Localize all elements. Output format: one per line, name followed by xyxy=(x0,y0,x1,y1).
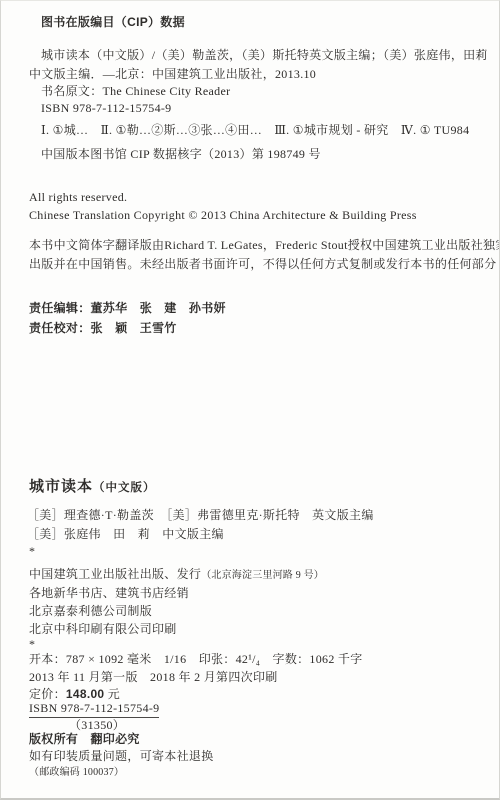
cip-record-number: 中国版本图书馆 CIP 数据核字（2013）第 198749 号 xyxy=(41,147,321,162)
postcode-line: （邮政编码 100037） xyxy=(29,765,124,780)
isbn-number: ISBN 978-7-112-15754-9 xyxy=(29,701,159,718)
distribution-line: 各地新华书店、建筑书店经销 xyxy=(29,586,189,601)
copyright-notice: 版权所有 翻印必究 xyxy=(29,732,140,747)
cip-classification: Ⅰ. ①城… Ⅱ. ①勒…②斯…③张…④田… Ⅲ. ①城市规划 - 研究 Ⅳ. … xyxy=(41,123,469,138)
edition-line: 2013 年 11 月第一版 2018 年 2 月第四次印刷 xyxy=(29,670,278,685)
book-title-sub: （中文版） xyxy=(93,482,156,494)
price-line: 定价：148.00 元 xyxy=(29,687,120,702)
cip-header: 图书在版编目（CIP）数据 xyxy=(41,15,185,30)
cip-isbn: ISBN 978-7-112-15754-9 xyxy=(41,101,171,116)
license-line-2: 出版并在中国销售。未经出版者书面许可，不得以任何方式复制或发行本书的任何部分 xyxy=(29,257,496,272)
rights-line-en-2: Chinese Translation Copyright © 2013 Chi… xyxy=(29,208,417,223)
chinese-editors-line: ［美］张庭伟 田 莉 中文版主编 xyxy=(27,527,224,542)
book-title-main: 城市读本 xyxy=(29,478,93,495)
proofreaders-line: 责任校对：张 颖 王雪竹 xyxy=(29,321,177,336)
cip-entry-line1: 城市读本（中文版）/（美）勒盖茨，（美）斯托特英文版主编；（美）张庭伟，田莉 xyxy=(41,48,488,63)
price-label: 定价： xyxy=(29,687,66,701)
isbn-line: ISBN 978-7-112-15754-9 xyxy=(29,701,159,716)
separator-star-1: * xyxy=(29,544,35,559)
publisher-name: 中国建筑工业出版社出版、发行 xyxy=(29,567,201,581)
price-unit: 元 xyxy=(104,687,120,701)
editors-line: 责任编辑：董苏华 张 建 孙书妍 xyxy=(29,301,226,316)
publisher-line: 中国建筑工业出版社出版、发行（北京海淀三里河路 9 号） xyxy=(29,567,324,583)
format-line: 开本：787 × 1092 毫米 1/16 印张：42¹/₄ 字数：1062 千… xyxy=(29,652,363,667)
rights-line-en-1: All rights reserved. xyxy=(29,190,127,205)
book-number: （31350） xyxy=(69,718,125,733)
cip-entry-line2: 中文版主编．—北京：中国建筑工业出版社，2013.10 xyxy=(29,67,316,82)
printing-line: 北京中科印刷有限公司印刷 xyxy=(29,622,177,637)
cip-original-title: 书名原文：The Chinese City Reader xyxy=(41,84,230,99)
book-copyright-page: 图书在版编目（CIP）数据 城市读本（中文版）/（美）勒盖茨，（美）斯托特英文版… xyxy=(0,0,500,800)
english-editors-line: ［美］理查德·T·勒盖茨 ［美］弗雷德里克·斯托特 英文版主编 xyxy=(27,508,374,523)
license-line-1: 本书中文简体字翻译版由Richard T. LeGates，Frederic S… xyxy=(29,238,500,253)
price-value: 148.00 xyxy=(66,687,105,701)
plate-making-line: 北京嘉泰利德公司制版 xyxy=(29,604,152,619)
separator-star-2: * xyxy=(29,637,35,652)
book-title: 城市读本（中文版） xyxy=(29,479,156,496)
quality-notice: 如有印装质量问题，可寄本社退换 xyxy=(29,749,214,764)
publisher-address: （北京海淀三里河路 9 号） xyxy=(201,570,324,581)
